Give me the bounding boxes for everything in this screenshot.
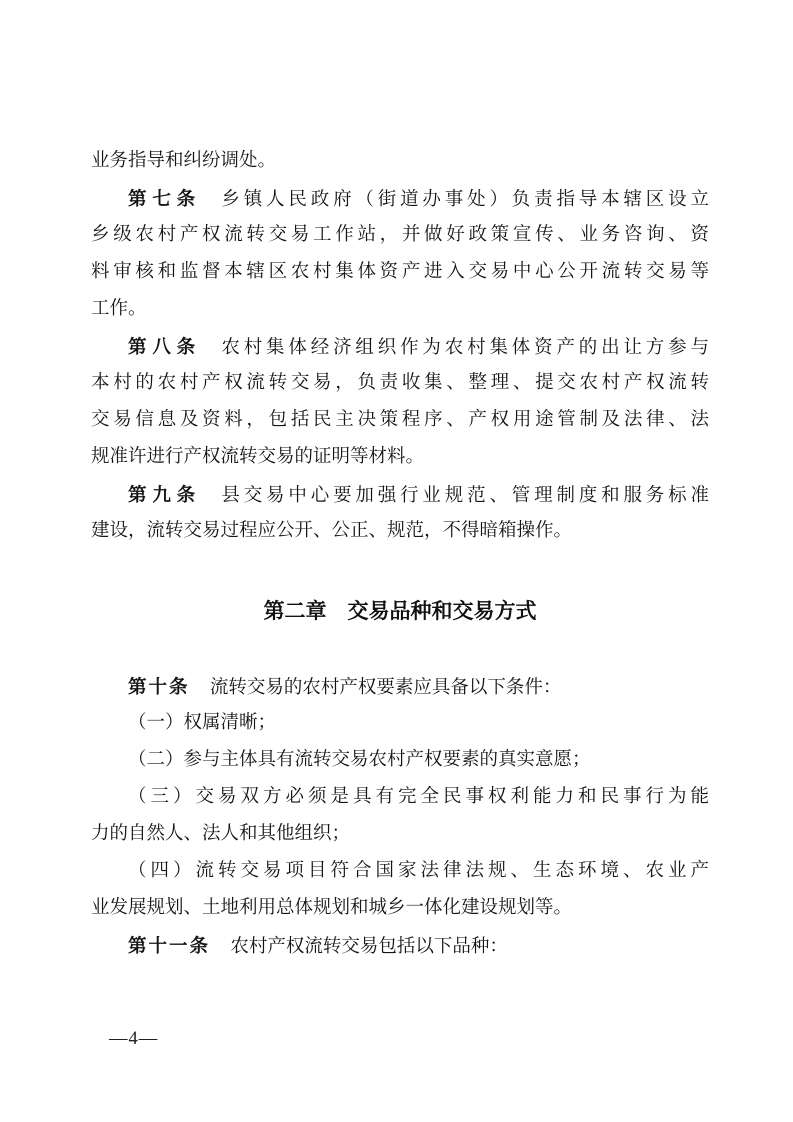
line-text: 规准许进行产权流转交易的证明等材料。 — [91, 447, 424, 467]
document-line-article-10: 第十条流转交易的农村产权要素应具备以下条件： — [91, 668, 709, 705]
document-line: 业发展规划、土地利用总体规划和城乡一体化建设规划等。 — [91, 890, 709, 927]
line-text: 本村的农村产权流转交易，负责收集、整理、提交农村产权流转 — [91, 373, 709, 393]
line-text: 乡镇人民政府（街道办事处）负责指导本辖区设立 — [221, 190, 709, 210]
line-text: （三）交易双方必须是具有完全民事权利能力和民事行为能 — [128, 787, 709, 807]
document-line: 规准许进行产权流转交易的证明等材料。 — [91, 439, 709, 476]
document-line: 交易信息及资料，包括民主决策程序、产权用途管制及法律、法 — [91, 402, 709, 439]
document-line: 业务指导和纠纷调处。 — [91, 143, 709, 180]
document-line-item-1: （一）权属清晰； — [91, 705, 709, 742]
document-line-item-3: （三）交易双方必须是具有完全民事权利能力和民事行为能 — [91, 779, 709, 816]
document-line: 力的自然人、法人和其他组织； — [91, 816, 709, 853]
document-line: 本村的农村产权流转交易，负责收集、整理、提交农村产权流转 — [91, 365, 709, 402]
line-text: （二）参与主体具有流转交易农村产权要素的真实意愿； — [128, 750, 591, 770]
line-text: 农村集体经济组织作为农村集体资产的出让方参与 — [221, 338, 709, 358]
document-line: 乡级农村产权流转交易工作站，并做好政策宣传、业务咨询、资 — [91, 217, 709, 254]
document-line-article-8: 第八条农村集体经济组织作为农村集体资产的出让方参与 — [91, 328, 709, 365]
chapter-title: 交易品种和交易方式 — [348, 600, 537, 623]
line-text: 农村产权流转交易包括以下品种： — [230, 937, 508, 957]
line-text: 业发展规划、土地利用总体规划和城乡一体化建设规划等。 — [91, 898, 572, 918]
article-number: 第七条 — [128, 188, 201, 209]
document-line-article-9: 第九条县交易中心要加强行业规范、管理制度和服务标准 — [91, 476, 709, 513]
chapter-heading: 第二章交易品种和交易方式 — [91, 593, 709, 630]
article-number: 第九条 — [128, 484, 201, 505]
body-text-block-upper: 业务指导和纠纷调处。 第七条乡镇人民政府（街道办事处）负责指导本辖区设立 乡级农… — [91, 143, 709, 550]
body-text-block-lower: 第十条流转交易的农村产权要素应具备以下条件： （一）权属清晰； （二）参与主体具… — [91, 668, 709, 964]
article-number: 第十一条 — [128, 935, 210, 956]
document-line: 料审核和监督本辖区农村集体资产进入交易中心公开流转交易等 — [91, 254, 709, 291]
line-text: 建设，流转交易过程应公开、公正、规范，不得暗箱操作。 — [91, 521, 572, 541]
document-line-item-4: （四）流转交易项目符合国家法律法规、生态环境、农业产 — [91, 853, 709, 890]
line-text: 流转交易的农村产权要素应具备以下条件： — [210, 678, 562, 698]
document-page: 业务指导和纠纷调处。 第七条乡镇人民政府（街道办事处）负责指导本辖区设立 乡级农… — [0, 0, 793, 1122]
line-text: 工作。 — [91, 299, 147, 319]
chapter-number: 第二章 — [264, 600, 327, 623]
document-line: 建设，流转交易过程应公开、公正、规范，不得暗箱操作。 — [91, 513, 709, 550]
line-text: （一）权属清晰； — [128, 713, 276, 733]
line-text: 业务指导和纠纷调处。 — [91, 151, 276, 171]
line-text: （四）流转交易项目符合国家法律法规、生态环境、农业产 — [128, 861, 709, 881]
line-text: 交易信息及资料，包括民主决策程序、产权用途管制及法律、法 — [91, 410, 709, 430]
document-line-item-2: （二）参与主体具有流转交易农村产权要素的真实意愿； — [91, 742, 709, 779]
page-number: —4— — [109, 1029, 158, 1049]
article-number: 第十条 — [128, 676, 190, 697]
line-text: 乡级农村产权流转交易工作站，并做好政策宣传、业务咨询、资 — [91, 225, 709, 245]
page-number-text: —4— — [109, 1029, 158, 1049]
line-text: 力的自然人、法人和其他组织； — [91, 824, 350, 844]
document-line-article-7: 第七条乡镇人民政府（街道办事处）负责指导本辖区设立 — [91, 180, 709, 217]
line-text: 料审核和监督本辖区农村集体资产进入交易中心公开流转交易等 — [91, 262, 709, 282]
line-text: 县交易中心要加强行业规范、管理制度和服务标准 — [221, 486, 709, 506]
article-number: 第八条 — [128, 336, 201, 357]
document-line-article-11: 第十一条农村产权流转交易包括以下品种： — [91, 927, 709, 964]
document-line: 工作。 — [91, 291, 709, 328]
